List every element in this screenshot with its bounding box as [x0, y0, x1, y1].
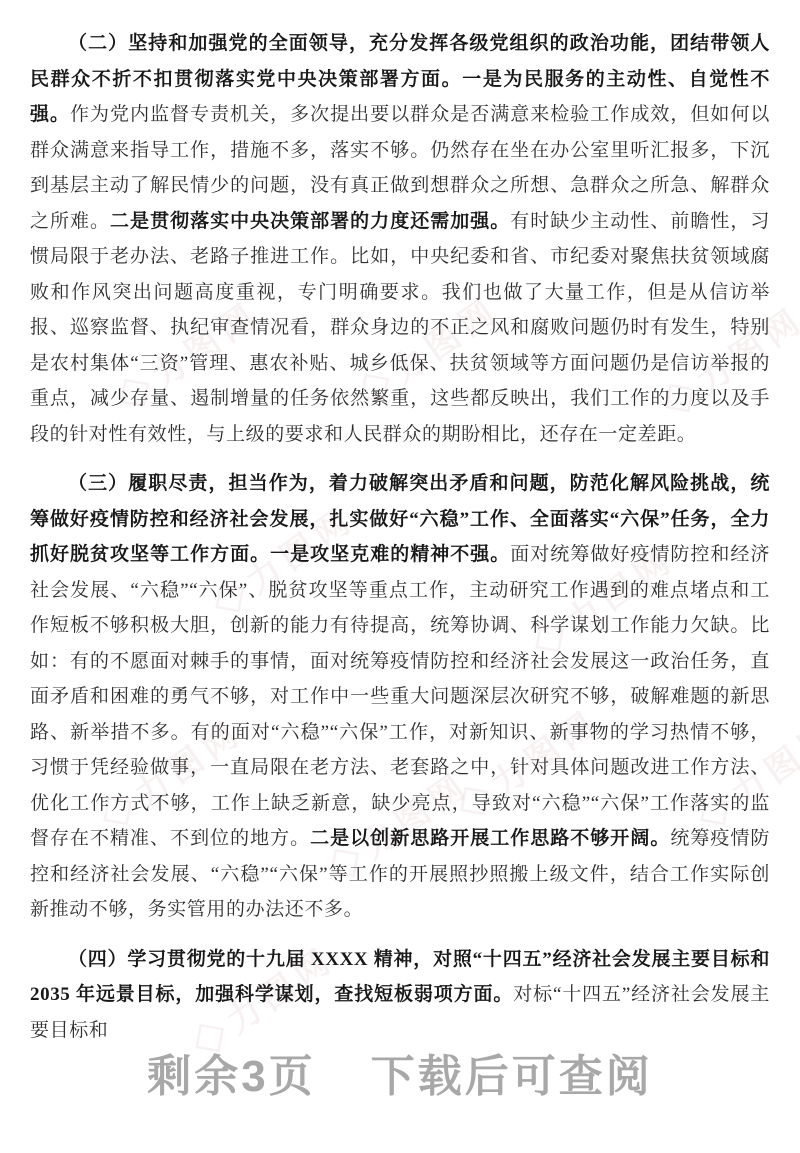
- paragraph-4: （四）学习贯彻党的十九届 XXXX 精神，对照“十四五”经济社会发展主要目标和 …: [30, 942, 770, 1049]
- download-hint-label: 下载后可查阅: [371, 1052, 653, 1101]
- text-run-bold: 一是攻坚克难的精神不强。: [270, 544, 510, 565]
- document-body: （二）坚持和加强党的全面领导，充分发挥各级党组织的政治功能，团结带领人民群众不折…: [30, 0, 770, 1062]
- remaining-pages-label: 剩余3页: [147, 1052, 315, 1101]
- text-run: 面对统筹做好疫情防控和经济社会发展、“六稳”“六保”、脱贫攻坚等重点工作，主动研…: [30, 544, 770, 849]
- paragraph-3: （三）履职尽责，担当作为，着力破解突出矛盾和问题，防范化解风险挑战，统筹做好疫情…: [30, 466, 770, 928]
- text-run-bold: 二是以创新思路开展工作思路不够开阔。: [310, 828, 670, 849]
- text-run: 有时缺少主动性、前瞻性，习惯局限于老办法、老路子推进工作。比如，中央纪委和省、市…: [30, 211, 770, 445]
- text-run-bold: 二是贯彻落实中央决策部署的力度还需加强。: [110, 211, 510, 232]
- document-page: ◇力图网◇力图网◇力图网◇力图网◇力图网◇力图网◇力图网◇力图网◇力图网◇力图网…: [0, 0, 800, 1153]
- paragraph-2: （二）坚持和加强党的全面领导，充分发挥各级党组织的政治功能，团结带领人民群众不折…: [30, 26, 770, 452]
- paywall-banner: 剩余3页下载后可查阅: [0, 1040, 800, 1104]
